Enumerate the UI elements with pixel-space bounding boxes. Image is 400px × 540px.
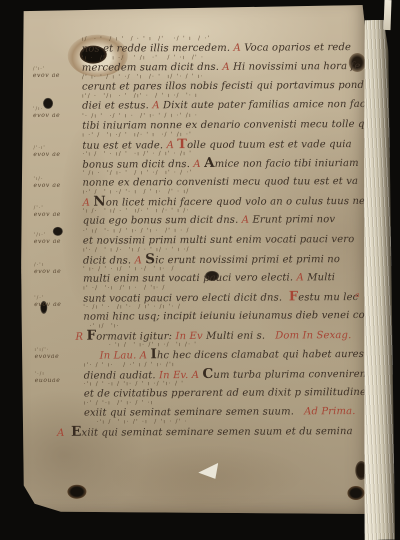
neume-row: ı·' / '·ı /' ı· / ' ·ı <box>84 398 360 408</box>
neume-row: ·'ı / ' · ı/ ' ·ı /' · / ı' · /ı ' <box>82 149 358 159</box>
text-segment: E <box>71 424 82 440</box>
neume-row: 'ı/· <box>33 177 85 182</box>
rubric-segment: A <box>233 43 244 54</box>
manuscript-line: ı'· / ' ı· / ·' ı / ' ı· /'ıdiendi audia… <box>84 360 360 381</box>
manuscript-line: ı' ·/ '·ı /' ı · / 'ı· /sunt vocati pauc… <box>83 283 359 304</box>
text-segment: Erunt primi nov <box>252 214 335 226</box>
neume-row: /'·' <box>34 206 86 211</box>
manuscript-line: ı ·' / 'ı ·/ ' ı/· ' ı ·/ ' /ı ·'tuu est… <box>82 130 358 151</box>
neume-row: '· /ı ' ·/ ' ı · /' ı· ' / ı ·' /ı · <box>82 111 358 121</box>
manuscript-line: ' /ı · '/ ı· ' / ı ' ·/ ı' · / ·'nonne e… <box>82 168 358 189</box>
neume-row: ı'/ · '/ı · ' /ı' · / ' ı ·/ '· ı <box>82 91 358 101</box>
neume-row: /·'ı <box>34 263 86 268</box>
margin-note-text: evov ae <box>34 238 86 245</box>
neume-row: '/ı· <box>33 107 85 112</box>
text-segment: xiit qui seminat seminare semen suum et … <box>82 426 353 439</box>
manuscript-line: ı'/ · '/ı · ' /ı' · / ' ı ·/ '· ıdiei et… <box>82 91 358 112</box>
text-segment: quia ego bonus sum dicit dns. <box>83 215 242 227</box>
margin-euouae-note: '·/ıeuouae <box>35 372 87 384</box>
text-segment: Hi novissimi una hora fe <box>233 61 360 73</box>
manuscript-line: ' ı· / ' · ı/ ' ı ·/ ' ı· /multi enim su… <box>83 264 359 285</box>
neume-row: ı/ · ' / ı ' / · ' ı /' ·/ ' ı / ·' <box>82 34 358 44</box>
page-edge-sliver <box>383 0 391 30</box>
manuscript-line: '· /ı ' ·/ ' ı · /' ı· ' / ı ·' /ı ·tibi… <box>82 111 358 132</box>
rubric-segment: A <box>222 62 233 73</box>
margin-euouae-note: '/ı·'evov ae <box>34 233 86 245</box>
parchment-hole-icon <box>347 486 364 500</box>
manuscript-line: '· /ı ' · /ı '· / ı' · /ı '· /nomi hinc … <box>83 302 359 323</box>
text-segment: mercedem suam dicit dns. <box>82 62 223 74</box>
margin-euouae-note: /·'ıevov ae <box>34 263 86 275</box>
text-segment: diei et estus. <box>82 101 152 112</box>
margin-note-text: evov ae <box>34 211 86 218</box>
margin-euouae-note: /'·'evov ae <box>34 206 86 218</box>
manuscript-line: · 'ı / ' ı· /' ı ·/ 'ı /· 'In Lau. A Ihc… <box>83 340 359 361</box>
neume-row: ı' ·/ '·ı /' ı · / 'ı· / <box>83 283 359 293</box>
margin-note-text: evov ae <box>33 112 85 119</box>
margin-note-text: evov ae <box>34 182 86 189</box>
text-segment: nos et redde illis mercedem. <box>82 43 234 55</box>
margin-euouae-note: 'ı/·evov ae <box>33 177 85 189</box>
manuscript-line: /' ı· ' / ı ' ·/ 'ı /· ' ı/ '· / ' ı·cer… <box>82 72 358 93</box>
parchment-page: ı/ · ' / ı ' / · ' ı /' ·/ ' ı / ·'nos e… <box>19 5 370 516</box>
manuscript-line: ·' ı/ 'ı· R Formavit igitur: In Ev Multi… <box>83 321 359 342</box>
margin-note-text: evov ae <box>33 72 85 79</box>
margin-euouae-note: '/·'evov ae <box>34 296 86 308</box>
manuscript-line: 'ı /· ' ı/ · ' ı/· ' ı /· ' ı /·quia ego… <box>83 206 359 227</box>
neume-row: ı'· / ' ı· / ·' ı / ' ı· /'ı <box>84 360 360 370</box>
neume-row: ·'ı / ' ı· /' ·ı / 'ı · /' · <box>84 417 360 427</box>
manuscript-line: ı/ · ' / ı ' / · ' ı /' ·/ ' ı / ·'nos e… <box>82 34 358 55</box>
manuscript-line: ı·' / '·ı /' ı· / ' ·ıexiit qui seminat … <box>84 398 360 419</box>
text-segment: Multi <box>307 272 335 283</box>
neume-row: ·' ı/ '· ı / ' ı· / 'ı · /' ı · / <box>83 225 359 235</box>
neume-row: 'ı /· ' ı/ · ' ı/· ' ı /· ' ı /· <box>83 206 359 216</box>
manuscript-line: ı'· / ' ı /· 'ı / · ' ı/ · ' ı ·/dicit d… <box>83 245 359 266</box>
line-text: A Exiit qui seminat seminare semen suum … <box>57 425 360 439</box>
parchment-hole-icon <box>67 485 86 499</box>
text-segment: Voca oparios et rede <box>244 42 351 54</box>
rubric-segment: A <box>152 101 163 112</box>
manuscript-line: ı·' / ' ı ·/ '· ı / ' ı· /' · ı/A Non li… <box>83 187 359 208</box>
neume-row: 'ı · /' ı ·/ ' /ı ·' / ' ·ı /' · <box>82 53 358 63</box>
margin-euouae-note: /'·ı'evov ae <box>33 146 85 158</box>
manuscript-line: ·'ı / ' ı· /' ·ı / 'ı · /' ·A Exiit qui … <box>84 417 360 438</box>
right-margin-mark: a <box>355 291 359 299</box>
margin-note-text: euouae <box>35 377 87 384</box>
neume-row: ı'ı/'· <box>35 348 87 353</box>
manuscript-line: ·'ı / ' ·ı / 'ı· / ' ı ·/ 'ı· / 'et de c… <box>84 379 360 400</box>
neume-row: '/ı·' <box>34 233 86 238</box>
manuscript-line: ·'ı / ' · ı/ ' ·ı /' · / ı' · /ı 'bonus … <box>82 149 358 170</box>
neume-row: ı·' / ' ı ·/ '· ı / ' ı· /' · ı/ <box>83 187 359 197</box>
neume-row: '/·' <box>34 296 86 301</box>
margin-note-text: evov ae <box>34 301 86 308</box>
neume-row: ·' ı/ 'ı· <box>83 321 359 331</box>
rubric-segment: Ad Prima. <box>304 406 356 417</box>
text-block: ı/ · ' / ı ' / · ' ı /' ·/ ' ı / ·'nos e… <box>81 5 360 477</box>
manuscript-photo: ı/ · ' / ı ' / · ' ı /' ·/ ' ı / ·'nos e… <box>0 0 400 540</box>
neume-row: ' /ı · '/ ı· ' / ı ' ·/ ı' · / ·' <box>82 168 358 178</box>
neume-row: ·'ı / ' ·ı / 'ı· / ' ı ·/ 'ı· / ' <box>84 379 360 389</box>
neume-row: · 'ı / ' ı· /' ı ·/ 'ı /· ' <box>99 340 359 350</box>
neume-row: ı'· / ' ı /· 'ı / · ' ı/ · ' ı ·/ <box>83 245 359 255</box>
rubric-segment: A <box>296 272 307 283</box>
manuscript-line: 'ı · /' ı ·/ ' /ı ·' / ' ·ı /' ·mercedem… <box>82 53 358 74</box>
neume-row: '·/ı <box>35 372 87 377</box>
rubric-segment: A <box>242 215 253 226</box>
neume-row: ' ı· / ' · ı/ ' ı ·/ ' ı· / <box>83 264 359 274</box>
rubric-segment: A <box>57 428 71 439</box>
neume-row: '· /ı ' · /ı '· / ı' · /ı '· / <box>83 302 359 312</box>
margin-note-text: evov ae <box>34 268 86 275</box>
neume-row: ı ·' / 'ı ·/ ' ı/· ' ı ·/ ' /ı ·' <box>82 130 358 140</box>
margin-euouae-note: ı'ı/'·evovae <box>35 348 87 360</box>
neume-row: /'·ı' <box>33 146 85 151</box>
margin-euouae-note: '/ı·evov ae <box>33 107 85 119</box>
margin-note-text: evovae <box>35 353 87 360</box>
neume-row: /'ı·' <box>33 67 85 72</box>
margin-note-text: evov ae <box>33 151 85 158</box>
margin-euouae-note: /'ı·'evov ae <box>33 67 85 79</box>
neume-row: /' ı· ' / ı ' ·/ 'ı /· ' ı/ '· / ' ı· <box>82 72 358 82</box>
manuscript-line: ·' ı/ '· ı / ' ı· / 'ı · /' ı · /et novi… <box>83 225 359 246</box>
